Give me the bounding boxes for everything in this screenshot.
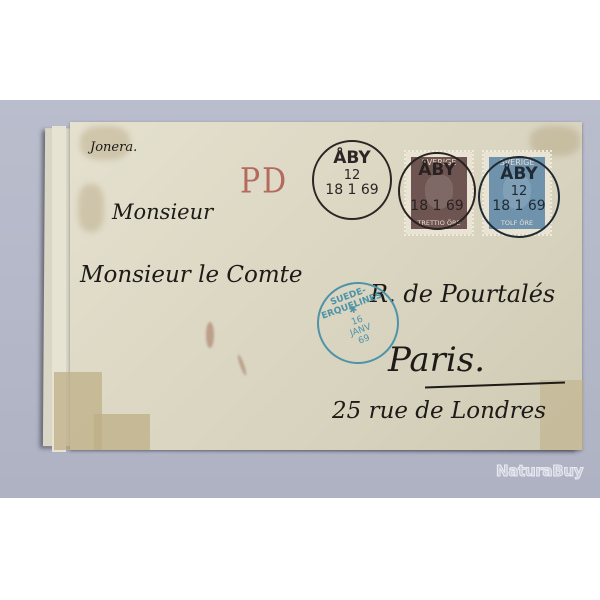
photo-background: Jonera. PD ÅBY 12 18 1 69 SVERIGE TRETTI… <box>0 100 600 498</box>
address-name: R. de Pourtalés <box>370 280 555 308</box>
address-monsieur: Monsieur <box>112 200 213 224</box>
tape-bottom-left <box>94 414 150 450</box>
red-pd-mark: PD <box>240 161 288 201</box>
address-street: 25 rue de Londres <box>332 398 546 424</box>
letter-sheet: Jonera. PD ÅBY 12 18 1 69 SVERIGE TRETTI… <box>70 122 582 450</box>
tape-right <box>540 380 584 450</box>
postmark-on-stamp-2: ÅBY 12 18 1 69 <box>478 156 560 238</box>
ink-smudge <box>236 354 247 376</box>
address-monsieur-le-comte: Monsieur le Comte <box>80 262 303 288</box>
postmark-on-stamp-1: ÅBY 18 1 69 <box>398 152 476 230</box>
naturabuy-watermark: NaturaBuy <box>496 462 583 480</box>
ink-smudge <box>206 322 214 348</box>
postmark-aby: ÅBY 12 18 1 69 <box>312 140 392 220</box>
stain <box>78 184 104 232</box>
address-city: Paris. <box>388 340 485 380</box>
note-jonera: Jonera. <box>90 140 137 155</box>
